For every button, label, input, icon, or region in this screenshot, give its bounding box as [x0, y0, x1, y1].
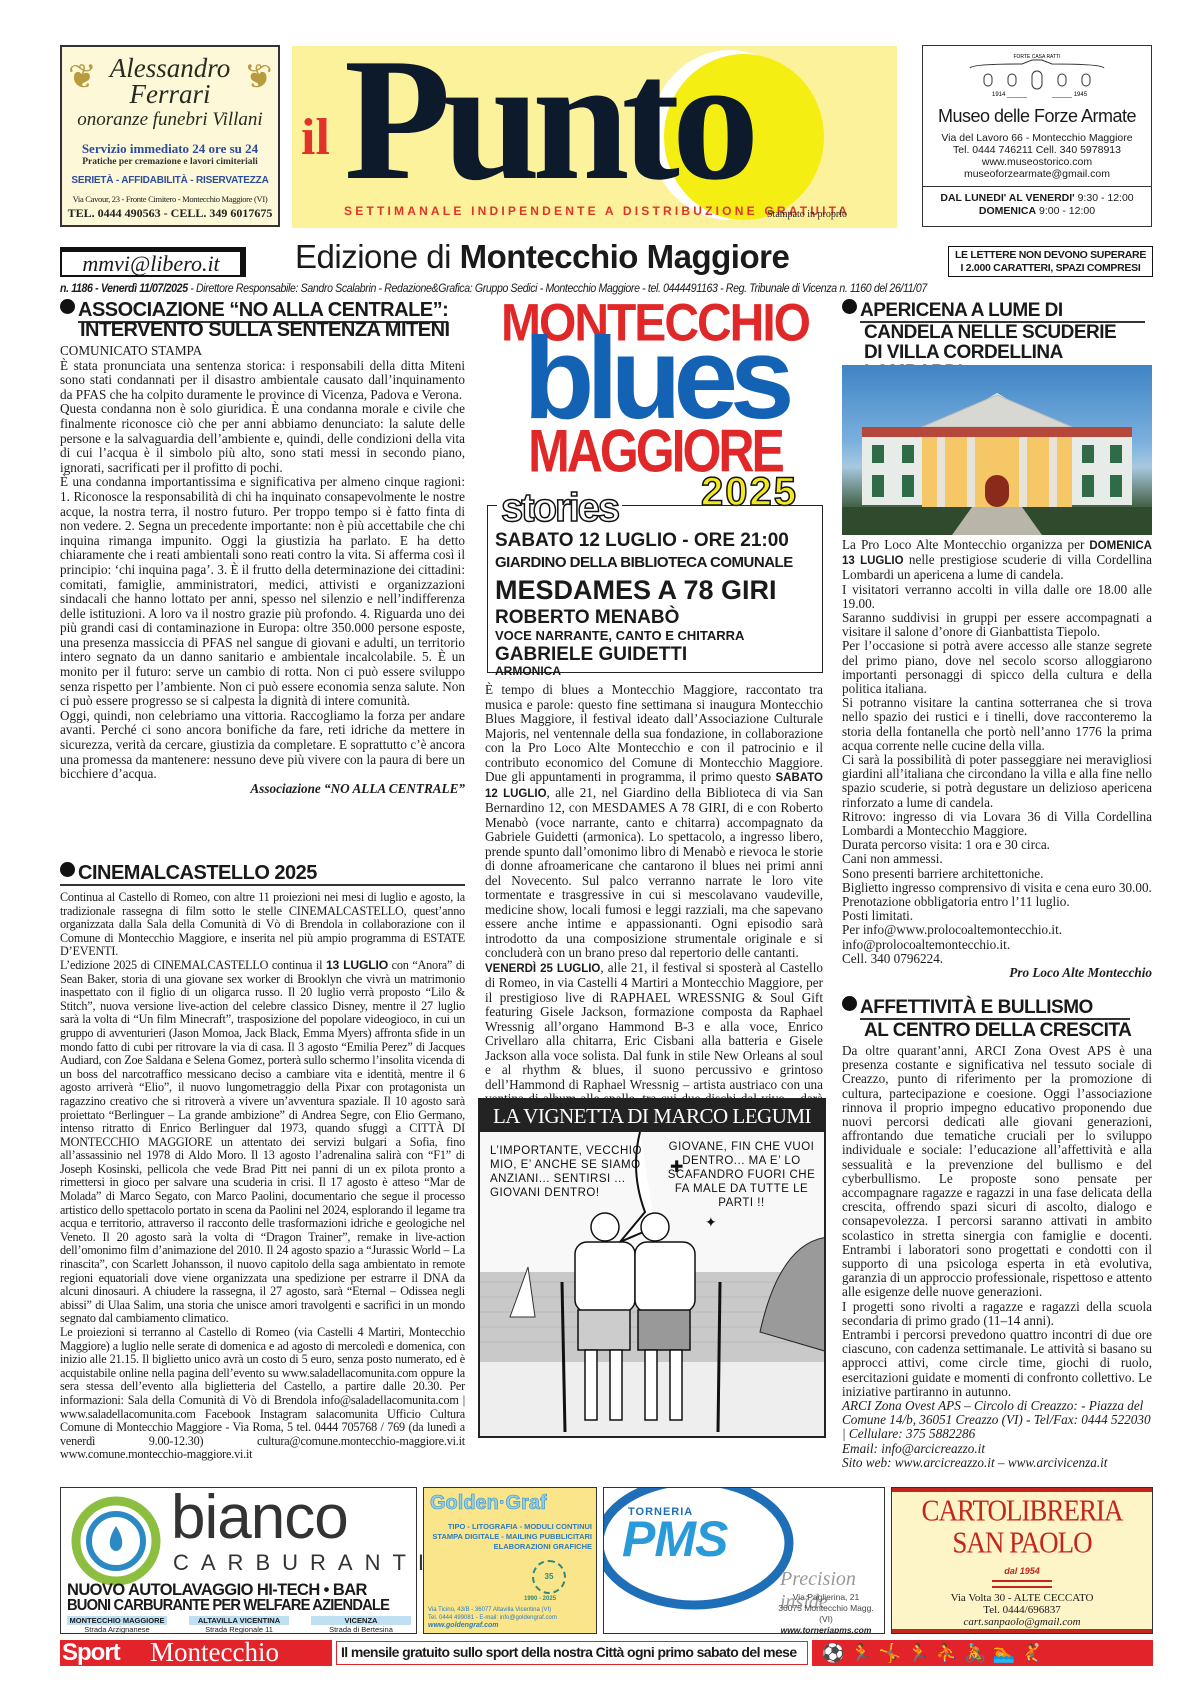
edition-title: Edizione di Montecchio Maggiore [295, 238, 789, 276]
article-kicker: COMUNICATO STAMPA [60, 344, 465, 359]
svg-text:______ 1945: ______ 1945 [1051, 92, 1088, 98]
ad-cartolibreria-san-paolo: CARTOLIBRERIA SAN PAOLO dal 1954 Via Vol… [891, 1487, 1153, 1634]
sport-athletes-icon: ⚽🏃🤸🏃⛹🚴🏊🤾 [812, 1640, 1153, 1666]
speech-bubble-left: L’IMPORTANTE, VECCHIO MIO, E’ ANCHE SE S… [490, 1144, 655, 1200]
svg-text:FORTE CASA RATTI: FORTE CASA RATTI [1013, 54, 1060, 60]
sport-brand-block: Sport Montecchio [60, 1640, 332, 1666]
hours2-value: 9:00 - 12:00 [1039, 205, 1095, 217]
letters-notice-line1: LE LETTERE NON DEVONO SUPERARE [949, 249, 1152, 262]
carto-phone: Tel. 0444/696837 [892, 1604, 1152, 1616]
article-contact[interactable]: Per info@www.prolocoaltemontecchio.it. [842, 923, 1152, 937]
letters-notice-line2: I 2.000 CARATTERI, SPAZI COMPRESI [949, 262, 1152, 275]
bianco-brand: bianco [171, 1482, 348, 1553]
article-line: Per l’occasione si potrà avere accesso a… [842, 639, 1152, 696]
blues-festival-poster: MONTECCHIO blues MAGGIORE 2025 stories S… [485, 300, 825, 672]
pms-address: Via Paglierina, 21 36075 Montecchio Magg… [774, 1592, 878, 1634]
article-paragraph: La Pro Loco Alte Montecchio organizza pe… [842, 538, 1152, 583]
poster-stories: stories [497, 488, 622, 528]
article-headline: ASSOCIAZIONE “NO ALLA CENTRALE”: [60, 299, 465, 320]
article-body: Da oltre quarant’anni, ARCI Zona Ovest A… [842, 1044, 1152, 1470]
edition-prefix: Edizione di [295, 238, 451, 275]
article-email[interactable]: Email: info@arcicreazzo.it [842, 1442, 1152, 1456]
carto-since: dal 1954 [892, 1566, 1152, 1576]
hours2-label: DOMENICA [979, 205, 1036, 217]
article-paragraph: Entrambi i percorsi prevedono quattro in… [842, 1328, 1152, 1399]
article-paragraph: I progetti sono rivolti a ragazze e raga… [842, 1300, 1152, 1328]
issue-number-date: n. 1186 - Venerdì 11/07/2025 [60, 283, 188, 295]
issue-credits: - Direttore Responsabile: Sandro Scalabr… [188, 283, 927, 295]
ad-ferrari-values: SERIETÀ - AFFIDABILITÀ - RISERVATEZZA [62, 175, 278, 186]
laurel-right-icon: ❦ [244, 57, 273, 97]
article-line: Ritrovo: ingresso di via Lovara 36 di Vi… [842, 810, 1152, 838]
golden-service: TIPO - LITOGRAFIA - MODULI CONTINUI [428, 1522, 592, 1532]
article-body: COMUNICATO STAMPA È stata pronunciata un… [60, 344, 465, 796]
laurel-left-icon: ❦ [68, 57, 97, 97]
golden-service: ELABORAZIONI GRAFICHE [428, 1542, 592, 1552]
cartoon-vignetta: LA VIGNETTA DI MARCO LEGUMI ✦ ✚ L’IMPORT… [478, 1098, 826, 1438]
article-paragraph: È tempo di blues a Montecchio Maggiore, … [485, 683, 823, 961]
text-run: , alle 21, nel Giardino della Biblioteca… [485, 785, 823, 961]
hours1-label: DAL LUNEDI' AL VENERDI' [940, 192, 1074, 204]
bianco-brand-sub: CARBURANTI [173, 1550, 436, 1576]
article-paragraph: È stata pronunciata una sentenza storica… [60, 359, 465, 403]
ad-bianco-carburanti: bianco CARBURANTI NUOVO AUTOLAVAGGIO HI-… [60, 1487, 417, 1634]
golden-brand: Golden·Graf [430, 1492, 547, 1515]
article-line: Posti limitati. [842, 909, 1152, 923]
location-city: VICENZA [311, 1616, 411, 1625]
location-street: Strada di Bertesina [311, 1625, 411, 1634]
article-paragraph: Da oltre quarant’anni, ARCI Zona Ovest A… [842, 1044, 1152, 1300]
article-contact: Cell. 340 0796224. [842, 952, 1152, 966]
article-paragraph: Questa condanna non è solo giuridica. È … [60, 402, 465, 475]
golden-phone-email[interactable]: Tel. 0444 499081 - E-mail: info@goldengr… [428, 1614, 557, 1622]
carto-name: CARTOLIBRERIA SAN PAOLO [892, 1494, 1152, 1558]
article-paragraph: Oggi, quindi, non celebriamo una vittori… [60, 709, 465, 782]
text-run: È tempo di blues a Montecchio Maggiore, … [485, 682, 823, 784]
article-line: Prenotazione obbligatoria entro l’11 lug… [842, 895, 1152, 909]
bullet-icon [60, 299, 75, 314]
masthead-logo: il Punto SETTIMANALE INDIPENDENTE A DIST… [292, 46, 897, 228]
article-paragraph: È una condanna importantissima e signifi… [60, 475, 465, 709]
article-line: Cani non ammessi. [842, 852, 1152, 866]
svg-text:✦: ✦ [705, 1216, 717, 1231]
poster-artist2: GABRIELE GUIDETTI [495, 644, 687, 666]
article-line: Durata percorso visita: 1 ora e 30 circa… [842, 838, 1152, 852]
pms-address2: 36075 Montecchio Magg. (VI) [774, 1603, 878, 1625]
article-contact: ARCI Zona Ovest APS – Circolo di Creazzo… [842, 1399, 1152, 1442]
hours1-value: 9:30 - 12:00 [1078, 192, 1134, 204]
article-line: Sono presenti barriere architettoniche. [842, 867, 1152, 881]
article-headline: APERICENA A LUME DI [842, 299, 1152, 323]
golden-website[interactable]: www.goldengraf.com [428, 1622, 557, 1630]
article-affettivita: AFFETTIVITÀ E BULLISMO AL CENTRO DELLA C… [842, 996, 1152, 1470]
text-run: L’edizione 2025 di CINEMALCASTELLO conti… [60, 958, 326, 972]
article-line: Ci sarà la possibilità di poter passeggi… [842, 753, 1152, 810]
bianco-line2: BUONI CARBURANTE PER WELFARE AZIENDALE [67, 1597, 389, 1615]
ad-museo-phones: Tel. 0444 746211 Cell. 340 5978913 [923, 144, 1151, 156]
article-signature: Associazione “NO ALLA CENTRALE” [60, 782, 465, 797]
text-run: La Pro Loco Alte Montecchio organizza pe… [842, 537, 1089, 552]
article-headline: CINEMALCASTELLO 2025 [60, 862, 465, 886]
headline-text: CINEMALCASTELLO 2025 [78, 862, 317, 884]
sport-brand2: Montecchio [150, 1637, 279, 1668]
sport-tagline: Il mensile gratuito sullo sport della no… [336, 1641, 808, 1665]
bullet-icon [60, 862, 75, 877]
article-signature: Pro Loco Alte Montecchio [842, 966, 1152, 980]
article-line: Si potranno visitare la cantina sotterra… [842, 696, 1152, 753]
cartoon-title: LA VIGNETTA DI MARCO LEGUMI [480, 1100, 824, 1132]
golden-anniversary-badge: 35 [532, 1560, 566, 1594]
ad-ferrari-funeral: ❦ ❦ Alessandro Ferrari onoranze funebri … [60, 45, 280, 227]
ad-museo-web[interactable]: www.museostorico.com [923, 156, 1151, 168]
golden-contacts: Via Ticino, 43/B - 36077 Altavilla Vicen… [428, 1606, 557, 1630]
pms-address1: Via Paglierina, 21 [774, 1592, 878, 1603]
ad-ferrari-address: Via Cavour, 23 - Fronte Cimitero - Monte… [62, 194, 278, 204]
sport-montecchio-banner: Sport Montecchio Il mensile gratuito sul… [60, 1640, 1153, 1666]
location-city: MONTECCHIO MAGGIORE [67, 1616, 167, 1625]
headline-line2: INTERVENTO SULLA SENTENZA MITENI [60, 320, 465, 341]
museum-building-icon: FORTE CASA RATTI 1914 ______ ______ 1945 [923, 50, 1151, 102]
issue-info-line: n. 1186 - Venerdì 11/07/2025 - Direttore… [60, 283, 1072, 295]
villa-cordellina-photo [842, 365, 1152, 535]
date-highlight: VENERDÌ 25 LUGLIO [485, 963, 600, 975]
article-line: Saranno suddivisi in gruppi per essere a… [842, 611, 1152, 639]
edition-city: Montecchio Maggiore [460, 238, 790, 275]
pms-brand: PMS [622, 1510, 727, 1568]
article-no-centrale: ASSOCIAZIONE “NO ALLA CENTRALE”: INTERVE… [60, 299, 465, 796]
bianco-drop-logo-icon [71, 1496, 161, 1586]
article-paragraph: Continua al Castello di Romeo, con altre… [60, 891, 465, 959]
article-contact[interactable]: info@prolocoaltemontecchio.it. [842, 938, 1152, 952]
location-city: ALTAVILLA VICENTINA [189, 1616, 289, 1625]
ad-ferrari-subtitle: onoranze funebri Villani [62, 109, 278, 131]
bullet-icon [842, 996, 857, 1011]
article-paragraph: L’edizione 2025 di CINEMALCASTELLO conti… [60, 959, 465, 1326]
bianco-locations: MONTECCHIO MAGGIOREStrada Arzignanese AL… [67, 1616, 411, 1634]
date-highlight: 13 LUGLIO [326, 958, 388, 972]
poster-venue: GIARDINO DELLA BIBLIOTECA COMUNALE [495, 554, 793, 571]
article-apericena-body: La Pro Loco Alte Montecchio organizza pe… [842, 538, 1152, 980]
carto-contacts: Via Volta 30 - ALTE CECCATO Tel. 0444/69… [892, 1592, 1152, 1628]
poster-artist2-role: ARMONICA [495, 664, 561, 678]
masthead-prefix: il [301, 108, 330, 167]
ad-museo-forze-armate: FORTE CASA RATTI 1914 ______ ______ 1945… [922, 45, 1152, 227]
golden-badge-years: 1990 - 2025 [524, 1596, 556, 1602]
article-cinemalcastello: CINEMALCASTELLO 2025 Continua al Castell… [60, 862, 465, 1462]
location-street: Strada Arzignanese [67, 1625, 167, 1634]
ad-ferrari-phones: TEL. 0444 490563 - CELL. 349 6017675 [62, 206, 278, 221]
masthead-printed: Stampato in proprio [767, 209, 847, 220]
poster-show-title: MESDAMES A 78 GIRI [495, 575, 777, 606]
ad-museo-address: Via del Lavoro 66 - Montecchio Maggiore [923, 132, 1151, 144]
editorial-email[interactable]: mmvi@libero.it [60, 247, 246, 277]
article-blues-body: È tempo di blues a Montecchio Maggiore, … [485, 683, 823, 1136]
ad-ferrari-services2: Pratiche per cremazione e lavori cimiter… [62, 157, 278, 167]
article-line: I visitatori verranno accolti in villa d… [842, 583, 1152, 611]
carto-name2: SAN PAOLO [892, 1526, 1152, 1558]
poster-artist1: ROBERTO MENABÒ [495, 607, 679, 629]
carto-name1: CARTOLIBRERIA [892, 1494, 1152, 1526]
speech-bubble-right: GIOVANE, FIN CHE VUOI DENTRO... MA E’ LO… [664, 1140, 819, 1210]
open-book-icon [992, 1580, 1052, 1588]
carto-email[interactable]: cart.sanpaolo@gmail.com [892, 1616, 1152, 1628]
headline-line2: CANDELA NELLE SCUDERIE [842, 323, 1152, 343]
ad-museo-email[interactable]: museoforzearmate@gmail.com [923, 168, 1151, 180]
article-body: Continua al Castello di Romeo, con altre… [60, 891, 465, 1462]
article-line: Biglietto ingresso comprensivo di visita… [842, 881, 1152, 895]
article-headline: AFFETTIVITÀ E BULLISMO [842, 996, 1152, 1020]
carto-bottom-bar [892, 1629, 1152, 1633]
article-website[interactable]: Sito web: www.arcicreazzo.it – www.arciv… [842, 1456, 1152, 1470]
ad-museo-title: Museo delle Forze Armate [923, 106, 1151, 127]
pms-website[interactable]: www.torneriapms.com [774, 1625, 878, 1634]
golden-address: Via Ticino, 43/B - 36077 Altavilla Vicen… [428, 1606, 557, 1614]
bullet-icon [842, 299, 857, 314]
svg-text:1914 ______: 1914 ______ [992, 92, 1028, 98]
poster-artist1-role: VOCE NARRANTE, CANTO E CHITARRA [495, 628, 744, 643]
poster-date: SABATO 12 LUGLIO - ORE 21:00 [495, 530, 789, 552]
headline-line2: AL CENTRO DELLA CRESCITA [842, 1020, 1152, 1041]
letters-notice: LE LETTERE NON DEVONO SUPERARE I 2.000 C… [948, 246, 1153, 277]
carto-address: Via Volta 30 - ALTE CECCATO [892, 1592, 1152, 1604]
golden-service: STAMPA DIGITALE - MAILING PUBBLICITARI [428, 1532, 592, 1542]
ad-golden-graf: Golden·Graf TIPO - LITOGRAFIA - MODULI C… [423, 1487, 597, 1634]
article-paragraph: Le proiezioni si terranno al Castello di… [60, 1326, 465, 1462]
carto-top-bar [892, 1488, 1152, 1492]
headline-line1: APERICENA A LUME DI [860, 301, 1145, 323]
location-street: Strada Regionale 11 [189, 1625, 289, 1634]
headline-line1: AFFETTIVITÀ E BULLISMO [860, 998, 1130, 1020]
text-run: con “Anora” di Sean Baker, storia di una… [60, 958, 465, 1325]
ad-torneria-pms: TORNERIA PMS Precision inside Via Paglie… [603, 1487, 885, 1634]
masthead-title: Punto [344, 24, 751, 214]
sport-brand1: Sport [62, 1639, 120, 1667]
golden-services: TIPO - LITOGRAFIA - MODULI CONTINUI STAM… [428, 1522, 592, 1552]
ad-ferrari-service: Servizio immediato 24 ore su 24 [62, 141, 278, 157]
